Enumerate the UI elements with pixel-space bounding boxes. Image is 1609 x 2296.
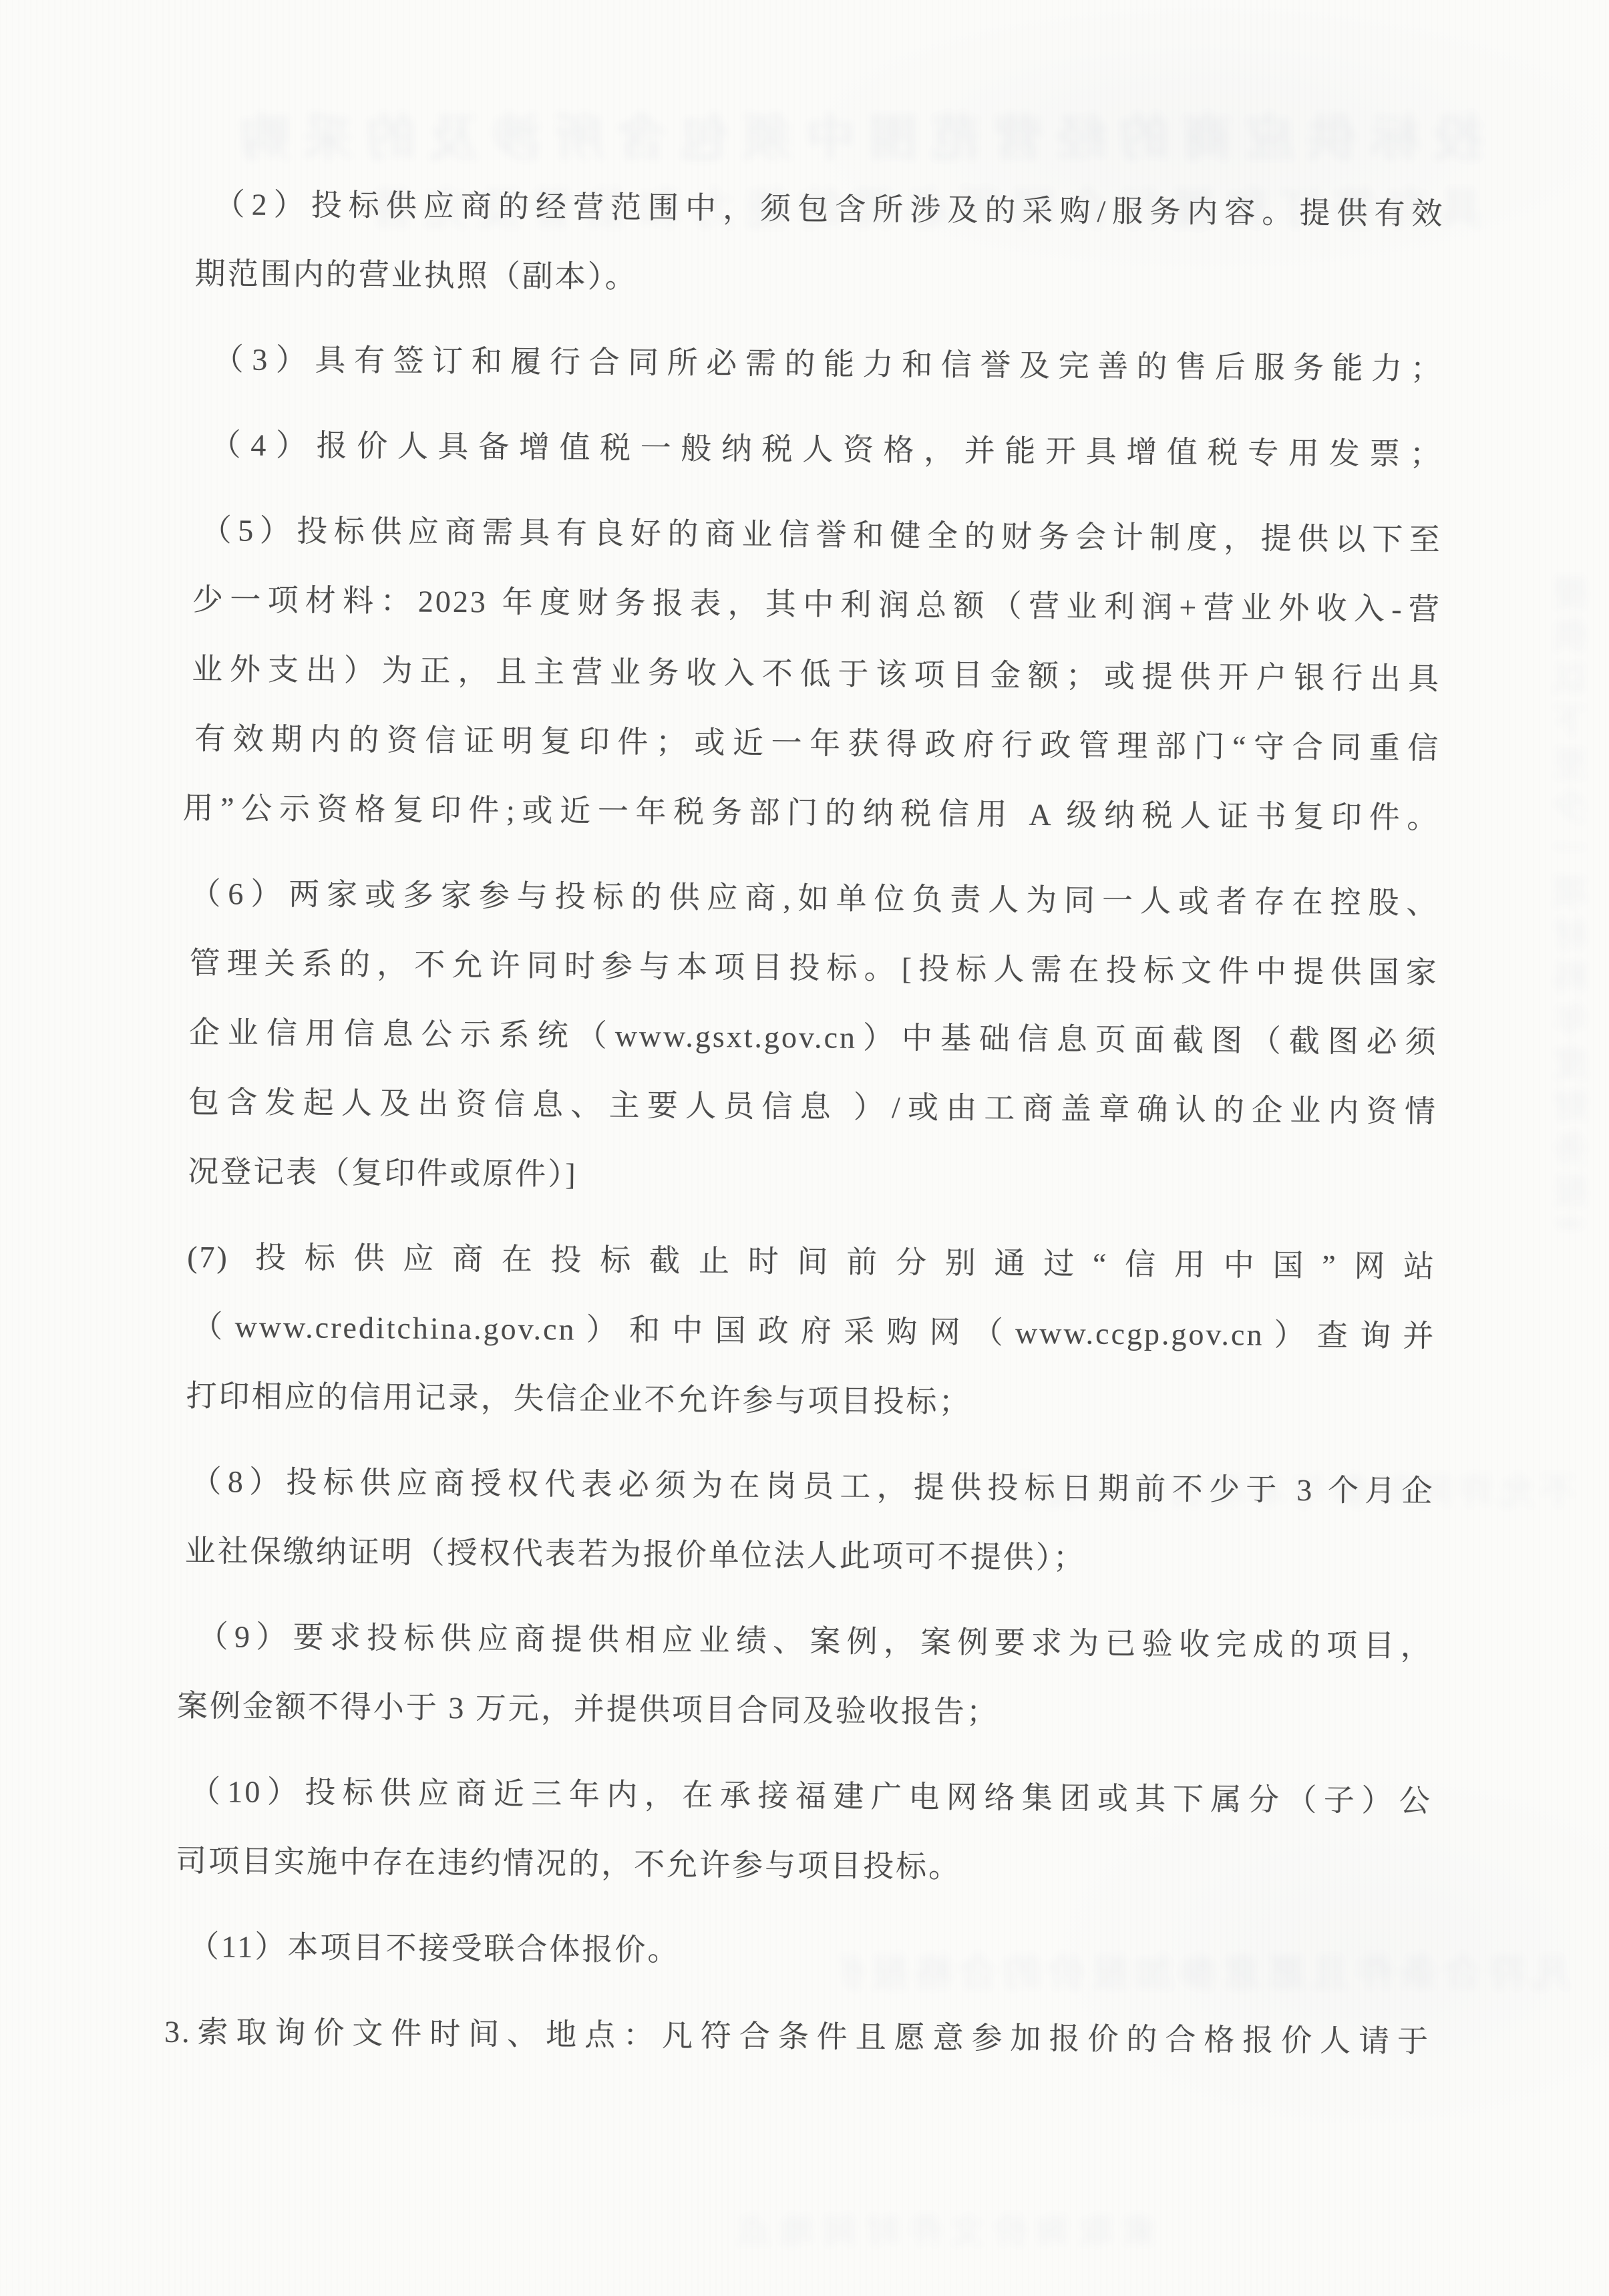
item-11: （11）本项目不接受联合体报价。 bbox=[182, 1912, 1431, 1991]
document-body: （2）投标供应商的经营范围中，须包含所涉及的采购/服务内容。提供有效期范围内的营… bbox=[181, 170, 1445, 2077]
document-line: （3）具有签订和履行合同所必需的能力和信誉及完善的售后服务能力； bbox=[194, 325, 1443, 404]
document-line: （10）投标供应商近三年内，在承接福建广电网络集团或其下属分（子）公 bbox=[183, 1757, 1433, 1836]
item-6: （6）两家或多家参与投标的供应商,如单位负责人为同一人或者存在控股、管理关系的，… bbox=[188, 859, 1439, 1216]
document-line: （2）投标供应商的经营范围中，须包含所涉及的采购/服务内容。提供有效 bbox=[195, 170, 1445, 249]
document-line: 业社保缴纳证明（授权代表若为报价单位法人此项可不提供）； bbox=[184, 1516, 1434, 1596]
item-4: （4）报价人具备增值税一般纳税人资格，并能开具增值税专用发票； bbox=[193, 410, 1443, 490]
document-line: 用”公示资格复印件;或近一年税务部门的纳税信用 A 级纳税人证书复印件。 bbox=[182, 774, 1440, 853]
document-line: （11）本项目不接受联合体报价。 bbox=[182, 1912, 1431, 1991]
document-line: 司项目实施中存在违约情况的，不允许参与项目投标。 bbox=[176, 1826, 1432, 1906]
document-line: 业外支出）为正，且主营业务收入不低于该项目金额；或提供开户银行出具 bbox=[192, 635, 1441, 714]
item-9: （9）要求投标供应商提供相应业绩、案例，案例要求为已验收完成的项目，案例金额不得… bbox=[184, 1602, 1434, 1751]
item-8: （8）投标供应商授权代表必须为在岗员工，提供投标日期前不少于 3 个月企业社保缴… bbox=[184, 1447, 1435, 1596]
item-3-top-level: 3.索取询价文件时间、地点：凡符合条件且愿意参加报价的合格报价人请于 bbox=[181, 1997, 1431, 2077]
bleedthrough-smudge: 提供以下至少一项材料年度财务报表其中利润总额 bbox=[1550, 575, 1600, 1229]
document-line: 打印相应的信用记录，失信企业不允许参与项目投标； bbox=[186, 1361, 1435, 1441]
item-2: （2）投标供应商的经营范围中，须包含所涉及的采购/服务内容。提供有效期范围内的营… bbox=[194, 170, 1445, 319]
document-line: 包含发起人及出资信息、主要人员信息 ）/或由工商盖章确认的企业内资情 bbox=[188, 1068, 1438, 1147]
item-7: (7) 投标供应商在投标截止时间前分别通过“信用中国”网站（www.credit… bbox=[186, 1222, 1436, 1441]
bleedthrough-smudge: 投标供应商的经营范围中须包含所涉及的采购服务内容 bbox=[227, 99, 1483, 170]
document-line: （6）两家或多家参与投标的供应商,如单位负责人为同一人或者存在控股、 bbox=[190, 859, 1439, 939]
bleedthrough-smudge: 索取询价文件时间地点 bbox=[207, 2204, 1155, 2253]
document-line: （8）投标供应商授权代表必须为在岗员工，提供投标日期前不少于 3 个月企 bbox=[185, 1447, 1435, 1526]
item-5: （5）投标供应商需具有良好的商业信誉和健全的财务会计制度，提供以下至少一项材料：… bbox=[190, 496, 1442, 853]
document-line: 少一项材料：2023 年度财务报表，其中利润总额（营业利润+营业外收入-营 bbox=[192, 565, 1442, 645]
document-line: （5）投标供应商需具有良好的商业信誉和健全的财务会计制度，提供以下至 bbox=[192, 496, 1442, 575]
document-line: （4）报价人具备增值税一般纳税人资格，并能开具增值税专用发票； bbox=[193, 410, 1443, 490]
document-line: 3.索取询价文件时间、地点：凡符合条件且愿意参加报价的合格报价人请于 bbox=[164, 1997, 1431, 2077]
item-3: （3）具有签订和履行合同所必需的能力和信誉及完善的售后服务能力； bbox=[194, 325, 1443, 404]
document-line: 况登记表（复印件或原件）] bbox=[188, 1137, 1437, 1216]
document-line: (7) 投标供应商在投标截止时间前分别通过“信用中国”网站 bbox=[187, 1222, 1437, 1302]
document-line: （www.creditchina.gov.cn）和中国政府采购网（www.ccg… bbox=[186, 1292, 1436, 1371]
document-line: 企业信用信息公示系统（www.gsxt.gov.cn）中基础信息页面截图（截图必… bbox=[188, 998, 1438, 1078]
item-10: （10）投标供应商近三年内，在承接福建广电网络集团或其下属分（子）公司项目实施中… bbox=[182, 1757, 1433, 1906]
document-line: （9）要求投标供应商提供相应业绩、案例，案例要求为已验收完成的项目， bbox=[184, 1602, 1433, 1681]
document-line: 期范围内的营业执照（副本）。 bbox=[194, 239, 1444, 319]
document-line: 案例金额不得小于 3 万元，并提供项目合同及验收报告； bbox=[177, 1671, 1433, 1751]
scanned-document-page: 投标供应商的经营范围中须包含所涉及的采购服务内容 具有签订和履行合同所必需的能力… bbox=[0, 0, 1609, 2296]
document-line: 管理关系的，不允许同时参与本项目投标。[投标人需在投标文件中提供国家 bbox=[189, 929, 1439, 1008]
document-line: 有效期内的资信证明复印件；或近一年获得政府行政管理部门“守合同重信 bbox=[191, 704, 1441, 784]
